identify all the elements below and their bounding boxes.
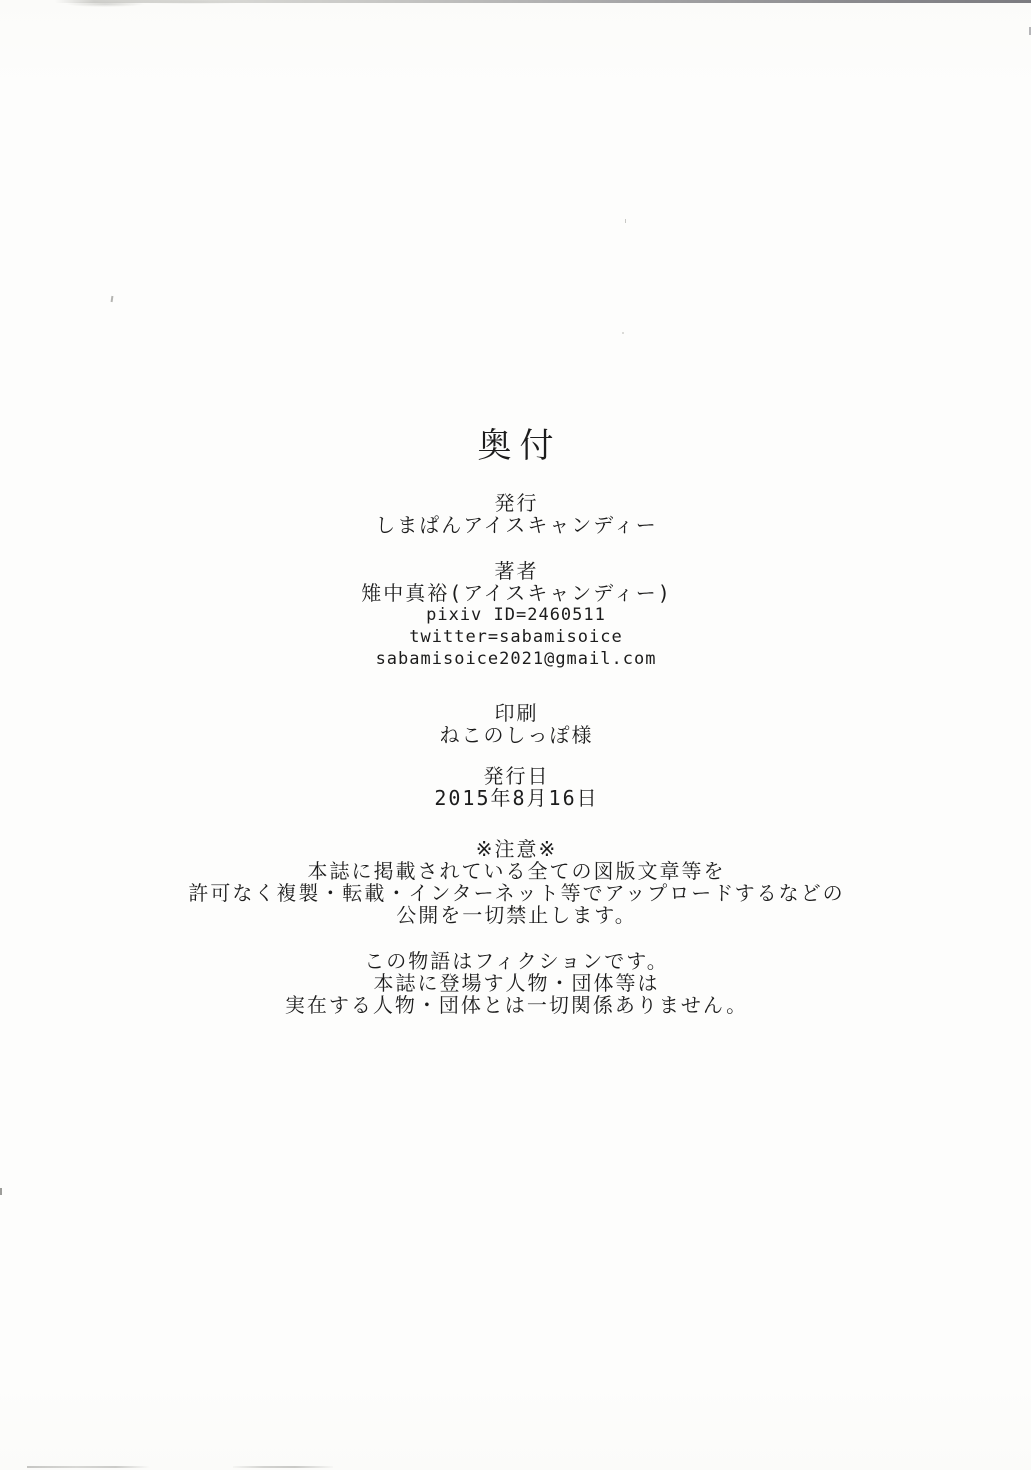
scan-artifact-top-edge bbox=[55, 0, 1031, 3]
author-email: sabamisoice2021@gmail.com bbox=[0, 648, 1031, 670]
scan-artifact-speck bbox=[622, 332, 624, 334]
colophon-page: 奥付 発行 しまぱんアイスキャンディー 著者 雉中真裕(アイスキャンディー) p… bbox=[0, 0, 1031, 1470]
disclaimer-line-1: この物語はフィクションです。 bbox=[0, 950, 1031, 972]
scan-artifact-bottom-dash-1 bbox=[27, 1466, 150, 1468]
scan-artifact-speck bbox=[111, 296, 114, 302]
author-section: 著者 雉中真裕(アイスキャンディー) pixiv ID=2460511 twit… bbox=[0, 560, 1031, 670]
disclaimer-line-2: 本誌に登場す人物・団体等は bbox=[0, 972, 1031, 994]
scan-artifact-left-edge-speck bbox=[0, 1188, 2, 1195]
scan-artifact-bottom-dash-2 bbox=[233, 1466, 333, 1468]
scan-artifact-speck bbox=[625, 219, 626, 223]
printer-section: 印刷 ねこのしっぽ様 bbox=[0, 702, 1031, 746]
author-twitter: twitter=sabamisoice bbox=[0, 626, 1031, 648]
printer-name: ねこのしっぽ様 bbox=[0, 724, 1031, 746]
fiction-disclaimer-section: この物語はフィクションです。 本誌に登場す人物・団体等は 実在する人物・団体とは… bbox=[0, 950, 1031, 1016]
author-heading: 著者 bbox=[0, 560, 1031, 582]
publisher-section: 発行 しまぱんアイスキャンディー bbox=[0, 492, 1031, 536]
disclaimer-line-3: 実在する人物・団体とは一切関係ありません。 bbox=[0, 994, 1031, 1016]
publisher-heading: 発行 bbox=[0, 492, 1031, 514]
notice-line-2: 許可なく複製・転載・インターネット等でアップロードするなどの bbox=[0, 882, 1031, 904]
printer-heading: 印刷 bbox=[0, 702, 1031, 724]
publication-date-heading: 発行日 bbox=[0, 765, 1031, 787]
colophon-text-block: 奥付 発行 しまぱんアイスキャンディー 著者 雉中真裕(アイスキャンディー) p… bbox=[0, 424, 1031, 1016]
publication-date: 2015年8月16日 bbox=[0, 787, 1031, 809]
notice-line-3: 公開を一切禁止します。 bbox=[0, 904, 1031, 926]
publisher-name: しまぱんアイスキャンディー bbox=[0, 514, 1031, 536]
author-pixiv-id: pixiv ID=2460511 bbox=[0, 604, 1031, 626]
notice-section: ※注意※ 本誌に掲載されている全ての図版文章等を 許可なく複製・転載・インターネ… bbox=[0, 838, 1031, 926]
author-name: 雉中真裕(アイスキャンディー) bbox=[0, 582, 1031, 604]
notice-heading: ※注意※ bbox=[0, 838, 1031, 860]
page-title: 奥付 bbox=[0, 424, 1031, 468]
scan-artifact-top-smudge bbox=[66, 1, 144, 7]
scan-artifact-top-smudge-2 bbox=[138, 0, 248, 4]
notice-line-1: 本誌に掲載されている全ての図版文章等を bbox=[0, 860, 1031, 882]
publication-date-section: 発行日 2015年8月16日 bbox=[0, 765, 1031, 809]
